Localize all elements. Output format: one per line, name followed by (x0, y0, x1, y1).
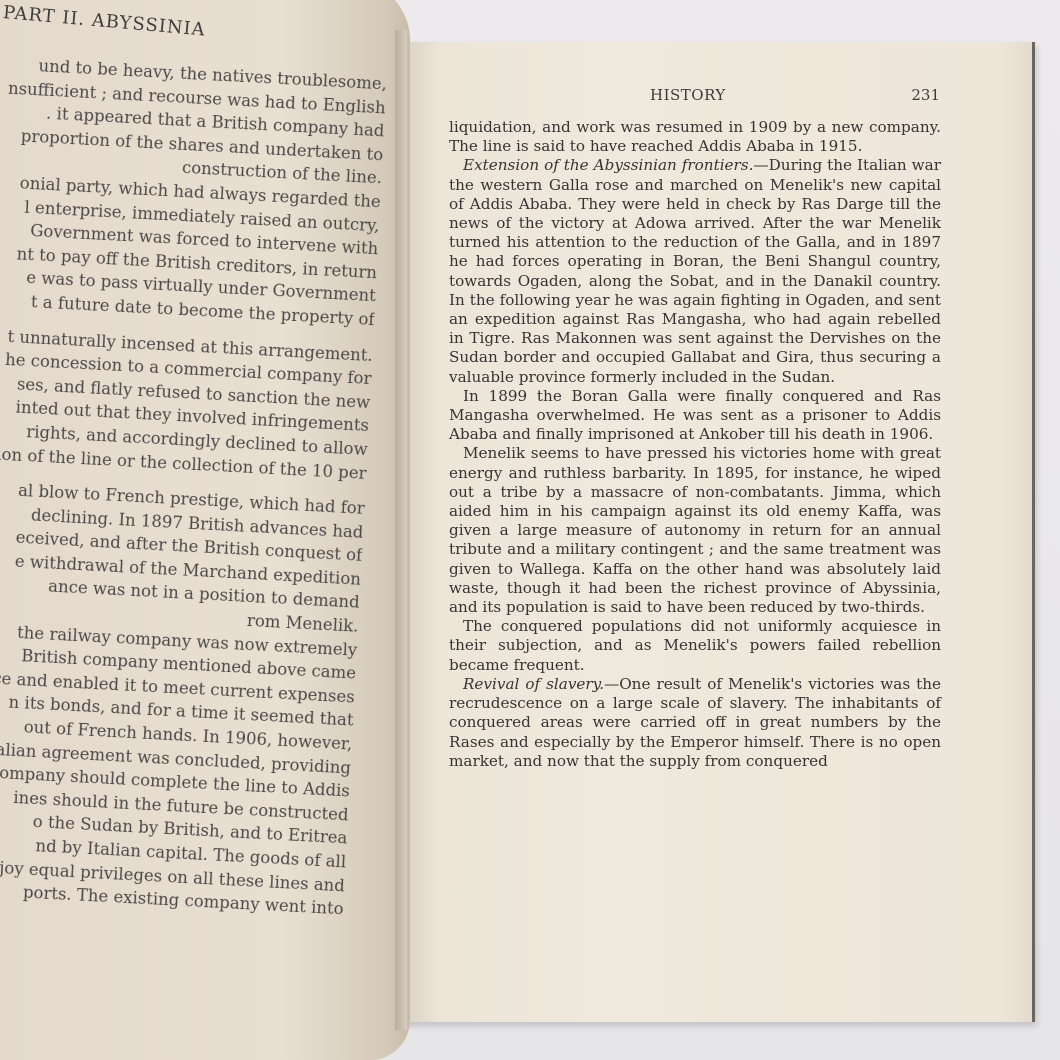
right-running-head-title: HISTORY (650, 86, 726, 104)
book-gutter (395, 30, 407, 1030)
section-heading: Extension of the Abyssinian frontiers. (463, 156, 753, 174)
paragraph: Extension of the Abyssinian frontiers.—D… (449, 156, 941, 386)
paragraph: Revival of slavery.—One result of Meneli… (449, 675, 941, 771)
section-heading: Revival of slavery. (463, 675, 604, 693)
paragraph: In 1899 the Boran Galla were finally con… (449, 387, 941, 445)
paragraph: liquidation, and work was resumed in 190… (449, 118, 941, 156)
right-page-text: liquidation, and work was resumed in 190… (449, 118, 941, 771)
paragraph: Menelik seems to have pressed his victor… (449, 444, 941, 617)
page-number: 231 (911, 86, 940, 104)
paragraph: The conquered populations did not unifor… (449, 617, 941, 675)
right-running-head: HISTORY 231 (450, 86, 940, 108)
left-page-text: und to be heavy, the natives troublesome… (0, 52, 395, 922)
